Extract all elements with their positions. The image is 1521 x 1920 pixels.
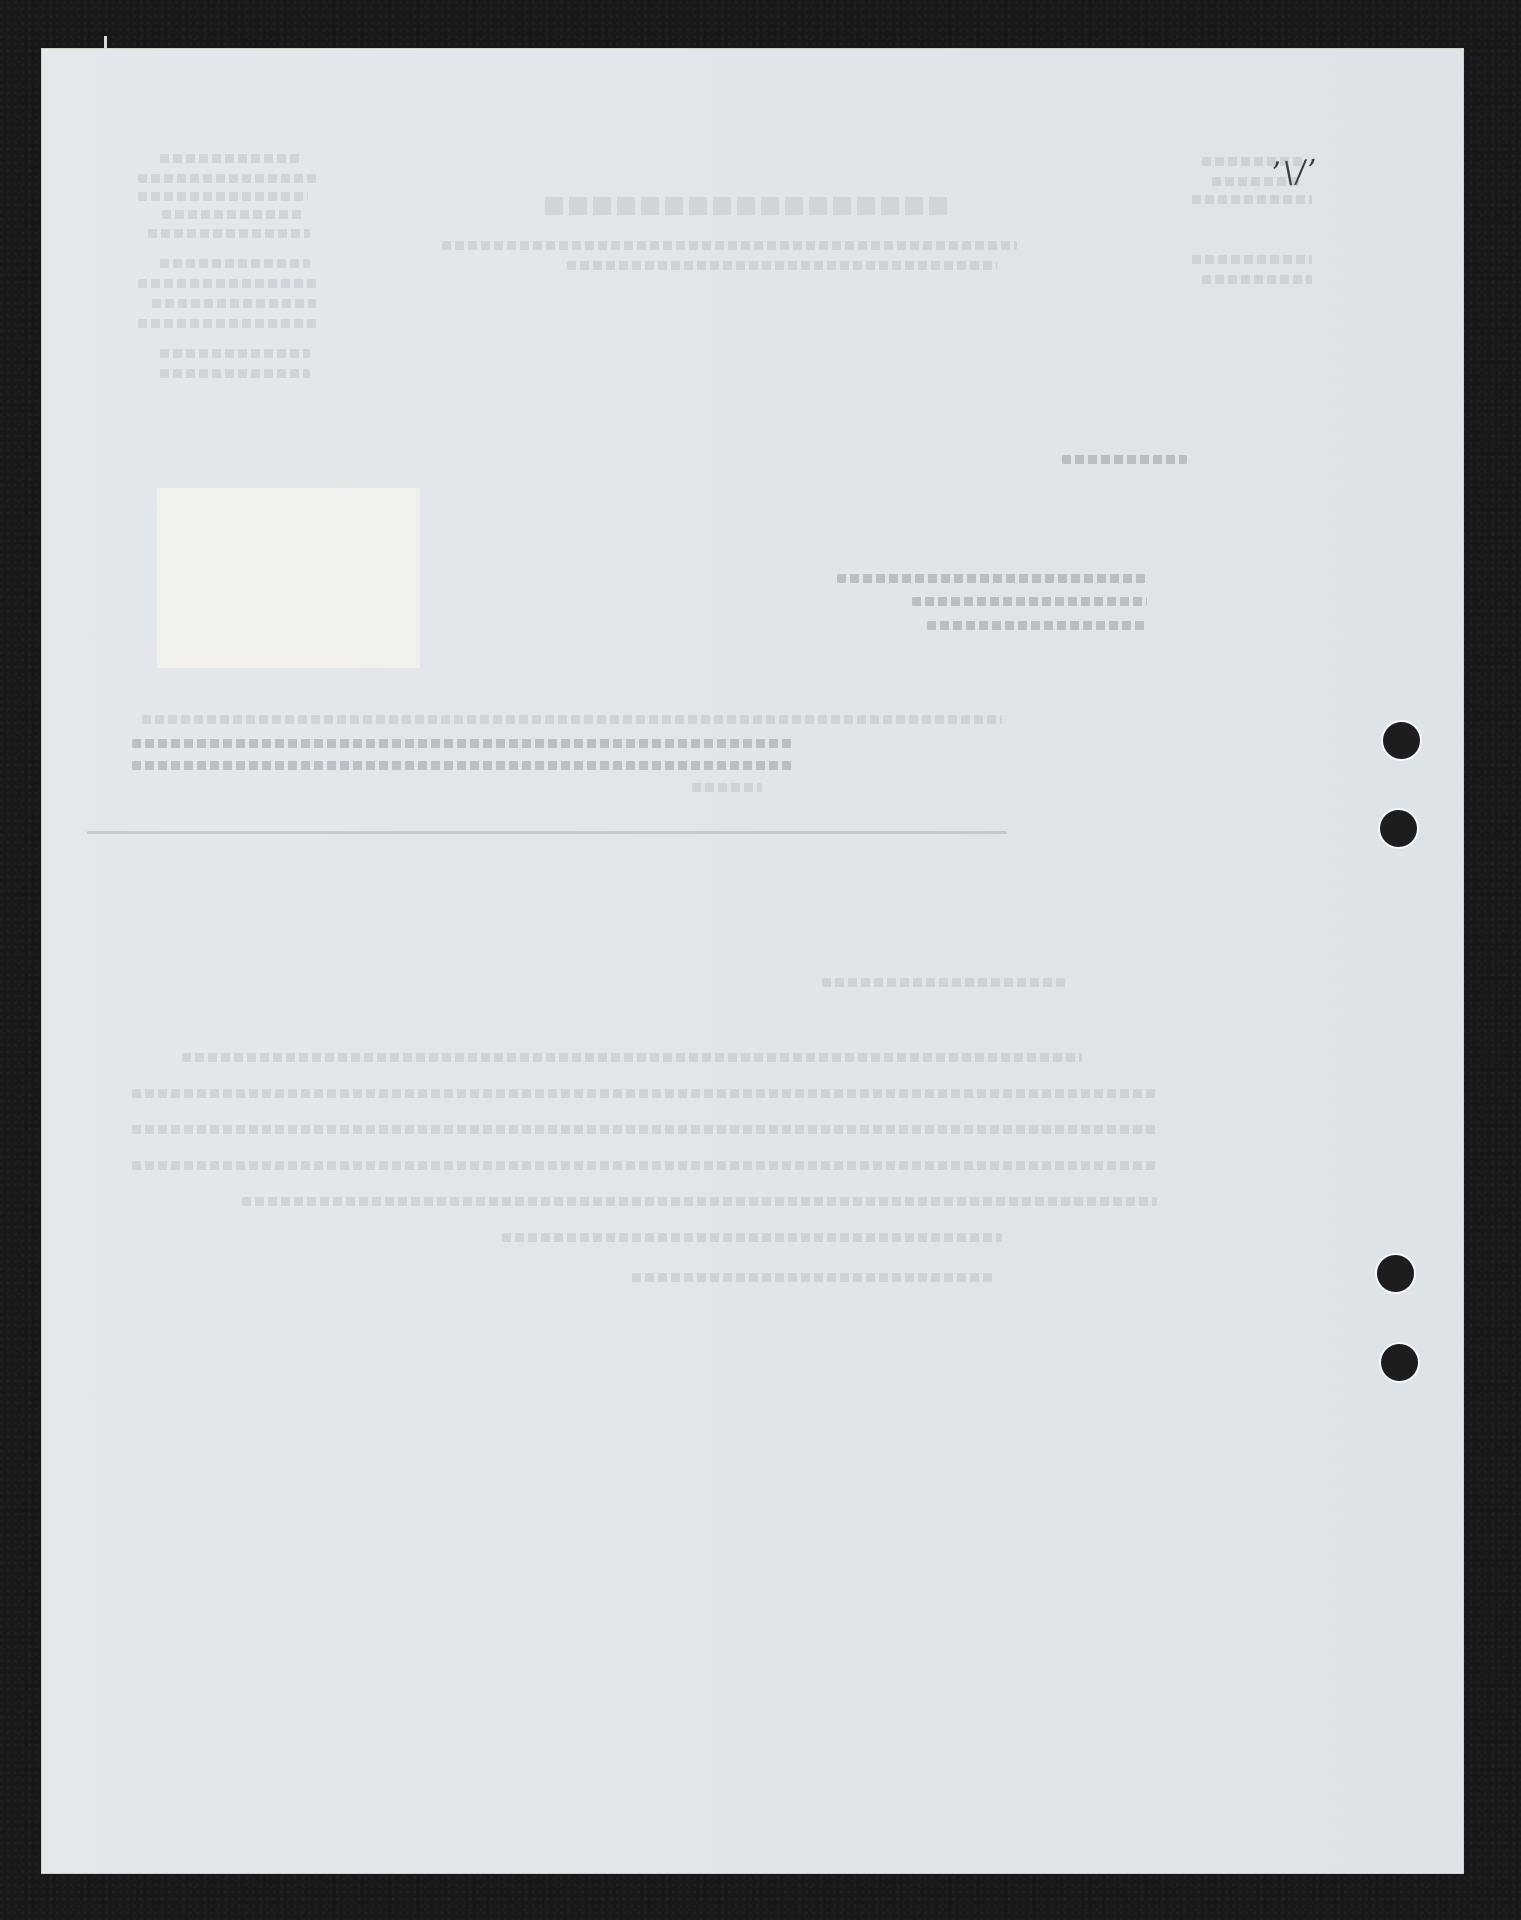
punch-hole xyxy=(1381,1344,1418,1381)
punch-hole xyxy=(1383,722,1420,759)
light-paper-patch xyxy=(157,488,420,668)
bleed-through-closing xyxy=(632,1273,992,1282)
bleed-through-address-line xyxy=(927,621,1147,630)
bleed-through-subject-rule xyxy=(87,831,1007,834)
bleed-through-date xyxy=(1062,455,1187,464)
bleed-through-sidebar-line xyxy=(1202,275,1312,284)
bleed-through-letterhead-line xyxy=(442,241,1017,250)
bleed-through-sidebar-line xyxy=(152,299,316,308)
bleed-through-sidebar-line xyxy=(138,174,316,183)
bleed-through-sidebar-line xyxy=(1192,195,1312,204)
bleed-through-sidebar-line xyxy=(160,154,300,163)
bleed-through-sidebar-line xyxy=(148,229,310,238)
bleed-through-body-line xyxy=(502,1233,1002,1242)
bleed-through-address-line xyxy=(837,574,1147,583)
bleed-through-salutation xyxy=(822,978,1067,987)
punch-hole xyxy=(1380,810,1417,847)
bleed-through-body-line xyxy=(132,1125,1157,1134)
bleed-through-sidebar-line xyxy=(160,349,310,358)
bleed-through-sidebar-line xyxy=(160,369,310,378)
bleed-through-sidebar-line xyxy=(160,259,310,268)
paper-tab-mark xyxy=(104,36,107,49)
bleed-through-subject-line xyxy=(132,761,792,770)
punch-hole xyxy=(1377,1255,1414,1292)
bleed-through-sidebar-line xyxy=(162,210,302,219)
bleed-through-subject-line xyxy=(142,715,1002,724)
bleed-through-body-line xyxy=(182,1053,1082,1062)
bleed-through-subject-line xyxy=(692,783,762,792)
bleed-through-subject-line xyxy=(132,739,792,748)
bleed-through-body-line xyxy=(132,1089,1157,1098)
bleed-through-body-line xyxy=(242,1197,1157,1206)
bleed-through-address-line xyxy=(912,597,1147,606)
bleed-through-sidebar-line xyxy=(1212,177,1302,186)
bleed-through-sidebar-line xyxy=(138,192,308,201)
bleed-through-sidebar-line xyxy=(138,319,316,328)
bleed-through-sidebar-line xyxy=(1202,157,1302,166)
bleed-through-letterhead-title xyxy=(545,197,950,215)
bleed-through-sidebar-line xyxy=(1192,255,1312,264)
document-page: ’\/’ xyxy=(42,49,1463,1873)
bleed-through-letterhead-line xyxy=(567,261,997,270)
bleed-through-sidebar-line xyxy=(138,279,316,288)
bleed-through-body-line xyxy=(132,1161,1157,1170)
